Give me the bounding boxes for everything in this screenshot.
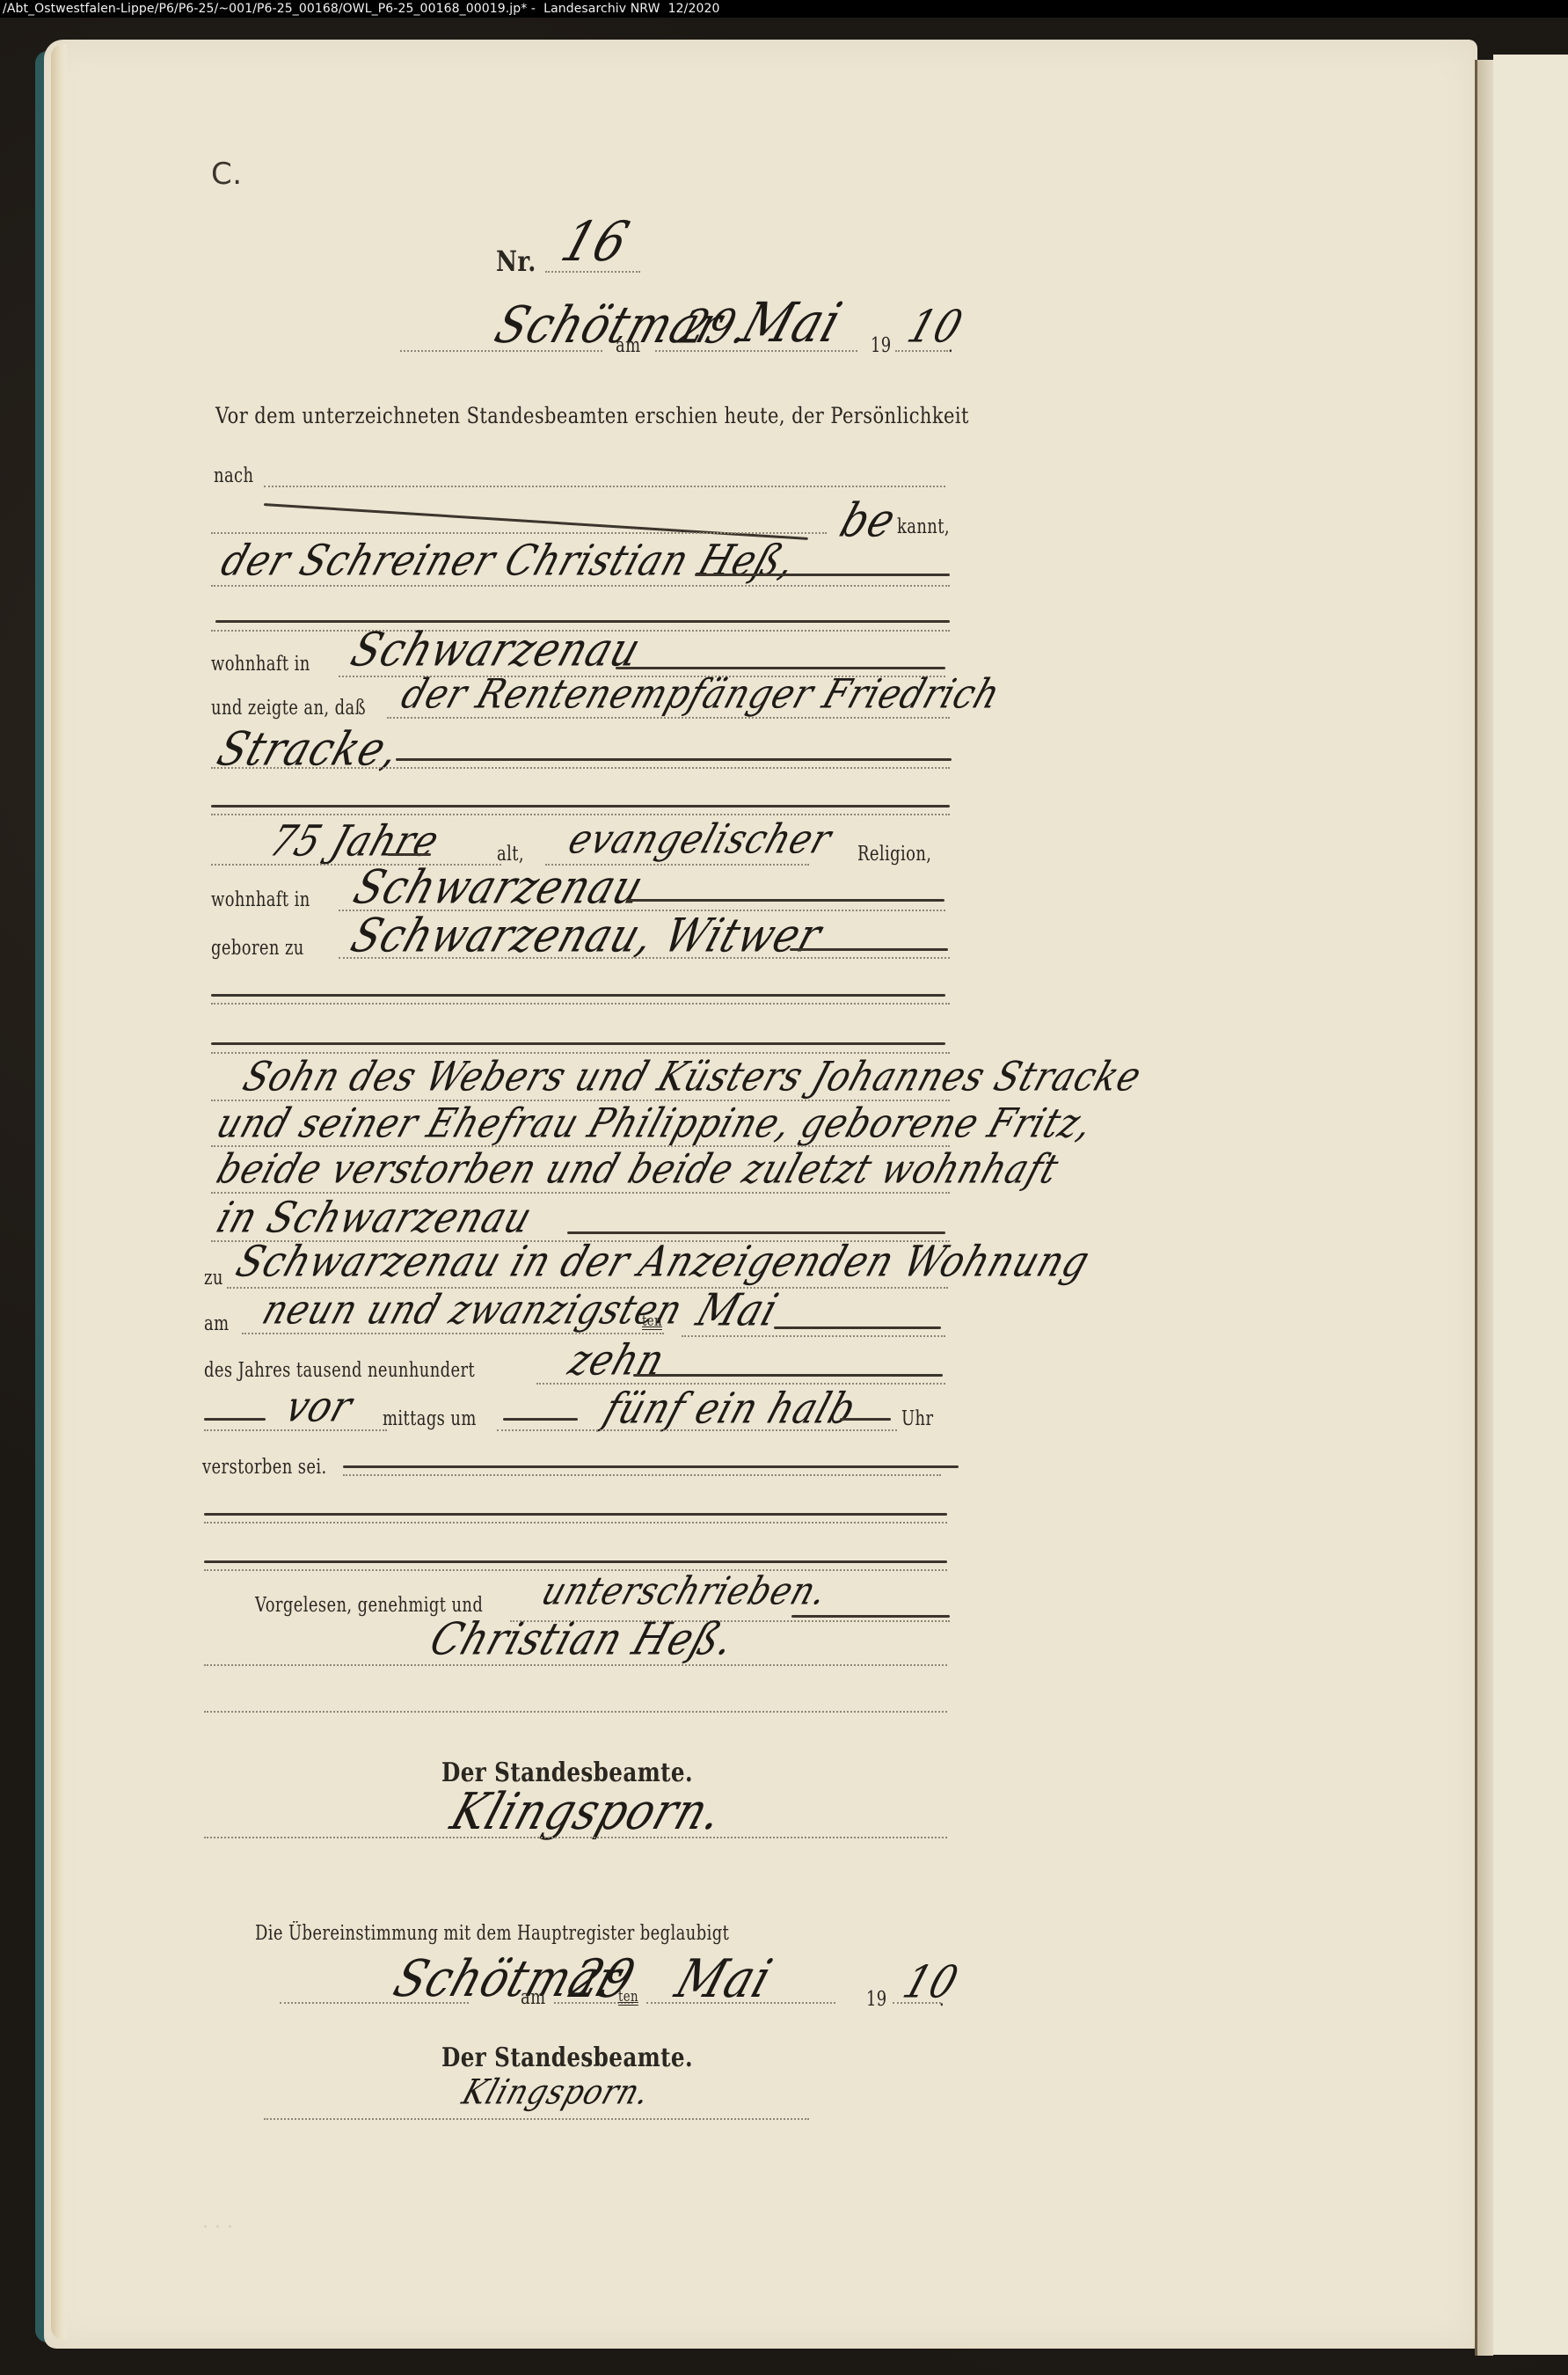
dotted-line [893,2002,941,2004]
dotted-line [204,1429,387,1431]
dotted-line [343,1474,941,1476]
dotted-line [497,1429,897,1431]
fill-line [791,1615,950,1618]
death-year: zehn [563,1335,671,1385]
dotted-line [204,1522,947,1524]
fill-line [396,758,952,761]
deceased-residence-label: wohnhaft in [211,888,310,911]
year-prefix: 19 [871,334,892,357]
deceased-age: 75 Jahre [264,816,446,866]
dotted-line [204,1837,947,1838]
nr-label: Nr. [496,245,536,278]
death-time: fünf ein halb [598,1384,863,1433]
parents-line-4: in Schwarzenau [211,1193,539,1242]
deceased-birthplace: Schwarzenau, Witwer [345,908,829,962]
parents-line-1: Sohn des Webers und Küsters Johannes Str… [237,1054,1148,1100]
informant-name: der Schreiner Christian Heß, [215,536,802,585]
verstorben-label: verstorben sei. [202,1456,327,1479]
fill-line [567,1231,945,1234]
fill-line [211,1042,945,1045]
fill-line [633,1374,943,1377]
dotted-line [211,767,950,769]
informant-signature: Christian Heß. [424,1613,741,1665]
ten-label: ten [642,1312,662,1330]
deceased-residence: Schwarzenau [347,859,651,914]
uhr-label: Uhr [901,1407,933,1430]
dotted-line [264,2118,809,2120]
am-label-2: am [204,1312,229,1335]
certification-official-signature: Klingsporn. [457,2072,655,2113]
death-day: neun und zwanzigsten [257,1287,689,1334]
fill-line [211,805,950,807]
gutter-shadow [1477,60,1493,2356]
fill-line [774,1326,941,1329]
dotted-line [204,1664,947,1666]
page-stack-edge [51,44,67,2340]
religion-label: Religion, [857,843,931,866]
viewer-title-bar: /Abt_Ostwestfalen-Lippe/P6/P6-25/~001/P6… [0,0,1568,18]
nach-dotted-line [264,486,945,487]
fill-line [204,1418,266,1421]
death-place: Schwarzenau in der Anzeigenden Wohnung [230,1237,1097,1286]
certification-official-title: Der Standesbeamte. [441,2042,693,2073]
certification-am-label: am [521,1986,545,2009]
dotted-line [211,585,950,587]
year-end: . [948,334,953,357]
dotted-line [387,717,950,719]
zeigte-an-label: und zeigte an, daß [211,697,366,720]
jahres-label: des Jahres tausend neunhundert [204,1359,475,1382]
informant-residence-label: wohnhaft in [211,653,310,676]
deceased-description: der Rentenempfänger Friedrich [396,671,1006,718]
intro-text: Vor dem unterzeichneten Standesbeamten e… [215,403,969,428]
mittags-label: mittags um [383,1407,477,1430]
year-dotted-line [895,350,948,352]
born-label: geboren zu [211,937,304,960]
certification-ten-label: ten [618,1988,638,2006]
fill-line [695,574,950,576]
fill-line [343,1465,959,1468]
section-letter: C. [211,157,243,192]
unterschrieben-handwritten: unterschrieben. [536,1568,834,1613]
official-signature: Klingsporn. [444,1782,731,1841]
fill-line [626,899,944,902]
fill-line [840,1418,891,1421]
nr-dotted-line [545,271,640,273]
bekannt-dotted-line [211,532,827,534]
certification-year-end: . [939,1988,944,2011]
am-label: am [616,334,640,357]
certification-month: Mai [668,1949,779,2010]
fill-line [387,853,431,856]
fill-line [503,1418,578,1421]
certification-year-prefix: 19 [866,1988,887,2011]
certification-text: Die Übereinstimmung mit dem Hauptregiste… [255,1922,729,1945]
parents-line-3: beide verstorben und beide zuletzt wohnh… [211,1146,1065,1193]
book-gutter [1475,60,1477,2356]
dotted-line [211,1003,950,1005]
dotted-line [682,1335,945,1337]
bleed-through-mark: · · · [202,2217,233,2239]
fill-line [204,1513,947,1516]
informant-residence: Schwarzenau [345,622,648,676]
bekannt-printed: kannt, [897,515,950,538]
deceased-religion: evangelischer [563,816,837,863]
dotted-line [204,1711,947,1713]
fill-line [204,1560,947,1563]
facing-page [1493,55,1568,2355]
dotted-line [339,957,950,959]
nach-label: nach [214,464,253,487]
parents-line-2: und seiner Ehefrau Philippine, geborene … [211,1100,1099,1147]
fill-line [211,994,945,997]
fill-line [616,667,945,669]
fill-line [790,948,948,951]
zu-label: zu [204,1267,223,1290]
